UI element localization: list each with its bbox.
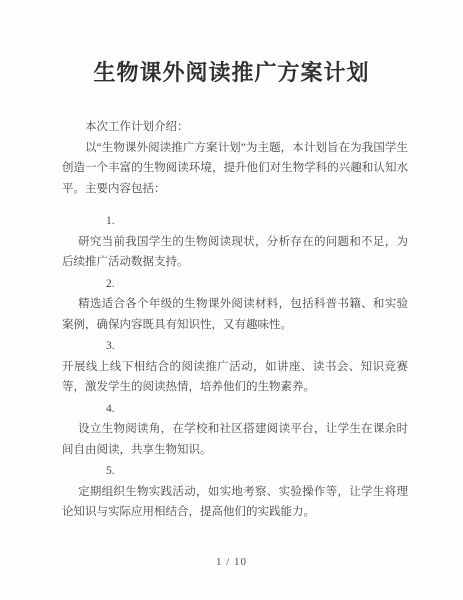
list-item-5: 5. 定期组织生物实践活动，如实地考察、实验操作等，让学生将理论知识与实际应用相… <box>62 461 408 523</box>
list-item-3-text: 开展线上线下相结合的阅读推广活动，如讲座、读书会、知识竞赛等，激发学生的阅读热情… <box>62 357 408 398</box>
page-number: 1 / 10 <box>0 556 463 568</box>
list-item-3-number: 3. <box>106 336 408 357</box>
list-item-4-text: 设立生物阅读角，在学校和社区搭建阅读平台，让学生在课余时间自由阅读，共享生物知识… <box>62 419 408 460</box>
list-item-5-number: 5. <box>106 461 408 482</box>
list-item-2-text: 精选适合各个年级的生物课外阅读材料，包括科普书籍、和实验案例，确保内容既具有知识… <box>62 294 408 335</box>
list-item-1-number: 1. <box>106 211 408 232</box>
list-item-1: 1. 研究当前我国学生的生物阅读现状，分析存在的问题和不足，为后续推广活动数据支… <box>62 211 408 273</box>
list-item-1-text: 研究当前我国学生的生物阅读现状，分析存在的问题和不足，为后续推广活动数据支持。 <box>62 232 408 273</box>
document-title: 生物课外阅读推广方案计划 <box>62 57 401 89</box>
list-item-3: 3. 开展线上线下相结合的阅读推广活动，如讲座、读书会、知识竞赛等，激发学生的阅… <box>62 336 408 398</box>
document-page: 生物课外阅读推广方案计划 本次工作计划介绍： 以“生物课外阅读推广方案计划”为主… <box>0 0 463 600</box>
list-item-4-number: 4. <box>106 399 408 420</box>
list-item-2: 2. 精选适合各个年级的生物课外阅读材料，包括科普书籍、和实验案例，确保内容既具… <box>62 274 408 336</box>
intro-paragraph-1: 本次工作计划介绍： <box>62 117 408 138</box>
list-item-5-text: 定期组织生物实践活动，如实地考察、实验操作等，让学生将理论知识与实际应用相结合，… <box>62 482 408 523</box>
document-body: 本次工作计划介绍： 以“生物课外阅读推广方案计划”为主题，本计划旨在为我国学生创… <box>62 117 408 523</box>
intro-paragraph-2: 以“生物课外阅读推广方案计划”为主题，本计划旨在为我国学生创造一个丰富的生物阅读… <box>62 138 408 200</box>
list-item-4: 4. 设立生物阅读角，在学校和社区搭建阅读平台，让学生在课余时间自由阅读，共享生… <box>62 399 408 461</box>
list-item-2-number: 2. <box>106 274 408 295</box>
